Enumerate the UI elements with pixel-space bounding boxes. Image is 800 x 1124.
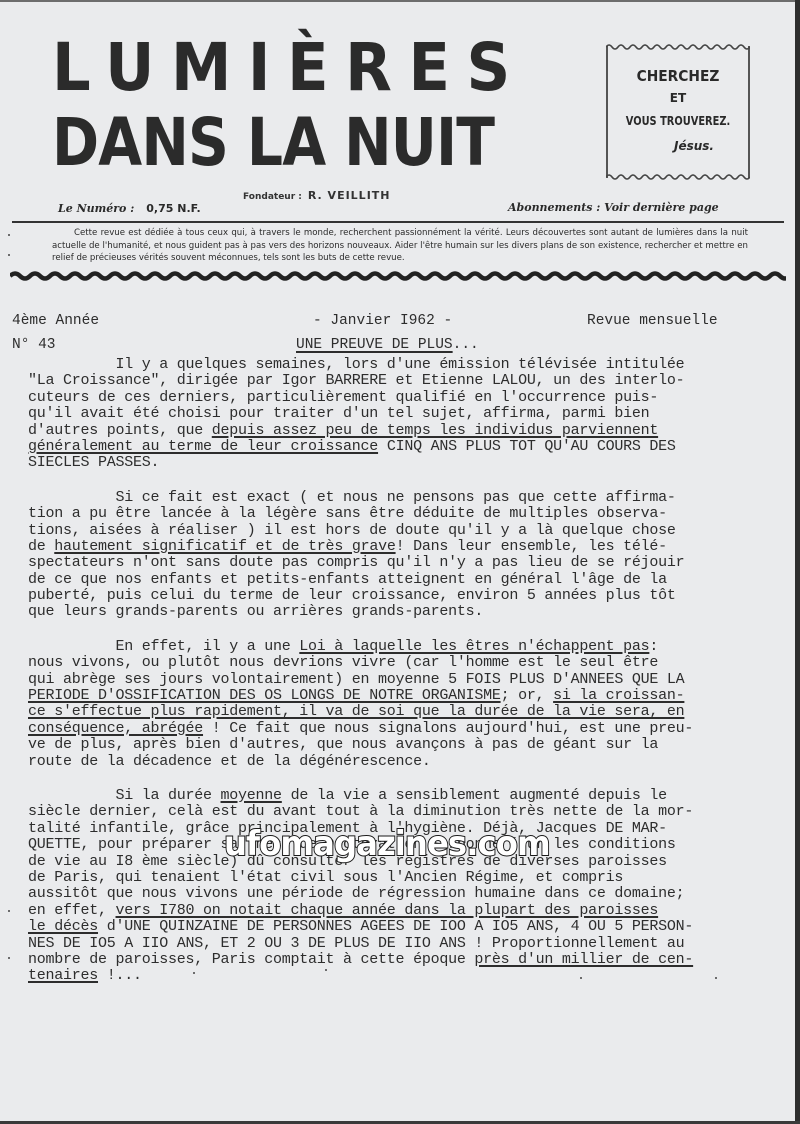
text-line: route de la décadence et de la dégénéres… (28, 754, 773, 770)
text-line: ce s'effectue plus rapidement, il va de … (28, 704, 773, 720)
founder-label: Fondateur : (243, 192, 302, 202)
text-segment: de (28, 538, 54, 555)
text-line: spectateurs n'ont sans doute pas compris… (28, 555, 773, 571)
underlined-phrase: conséquence, abrégée (28, 720, 203, 737)
text-segment: de la vie a sensiblement augmenté depuis… (282, 787, 667, 804)
text-segment: puberté, puis celui du terme de leur cro… (28, 587, 676, 604)
text-line: en effet, vers I780 on notait chaque ann… (28, 903, 773, 919)
text-line: siècle dernier, celà est du avant tout à… (28, 804, 773, 820)
article-paragraph: Il y a quelques semaines, lors d'une émi… (28, 357, 773, 472)
text-segment: de Paris, qui tenaient l'état civil sous… (28, 869, 623, 886)
text-line: Si la durée moyenne de la vie a sensible… (28, 788, 773, 804)
text-line: nous vivons, ou plutôt nous devrions viv… (28, 655, 773, 671)
text-segment: Si ce fait est exact ( et nous ne penson… (28, 489, 676, 506)
text-segment: NES DE IO5 A IIO ANS, ET 2 OU 3 DE PLUS … (28, 935, 684, 952)
text-line: "La Croissance", dirigée par Igor BARRER… (28, 373, 773, 389)
text-line: tenaires !... (28, 968, 773, 984)
text-segment: de ce que nos enfants et petits-enfants … (28, 571, 667, 588)
text-segment: !... (98, 967, 142, 984)
subscriptions-note: Abonnements : Voir dernière page (508, 201, 719, 214)
underlined-phrase: généralement au terme de leur croissance (28, 438, 378, 455)
text-line: le décès d'UNE QUINZAINE DE PERSONNES AG… (28, 919, 773, 935)
article-headline: UNE PREUVE DE PLUS... (296, 337, 479, 353)
text-segment: ! Ce fait que nous signalons aujourd'hui… (203, 720, 693, 737)
underlined-phrase: si la croissan- (553, 687, 684, 704)
quote-line-cherchez: CHERCHEZ (614, 67, 743, 85)
quote-box: CHERCHEZ ET VOUS TROUVEREZ. Jésus. (606, 46, 750, 178)
text-line: que leurs grands-parents ou arrières gra… (28, 604, 773, 620)
mission-statement: Cette revue est dédiée à tous ceux qui, … (52, 227, 748, 265)
wavy-border-icon (606, 173, 750, 181)
print-speck (8, 957, 10, 959)
wavy-border-icon (606, 43, 750, 51)
text-segment: aussitôt que nous vivons une période de … (28, 885, 684, 902)
text-segment: CINQ ANS PLUS TOT QU'AU COURS DES (378, 438, 676, 455)
text-line: En effet, il y a une Loi à laquelle les … (28, 639, 773, 655)
underlined-phrase: près d'un millier de cen- (474, 951, 693, 968)
text-segment: cuteurs de ces derniers, particulièremen… (28, 389, 658, 406)
text-segment: nous vivons, ou plutôt nous devrions viv… (28, 654, 658, 671)
article-paragraph: Si ce fait est exact ( et nous ne penson… (28, 490, 773, 621)
text-segment: tion a pu être lancée à la légère sans ê… (28, 505, 667, 522)
headline-text: UNE PREUVE DE PLUS (296, 337, 453, 353)
issue-price: Le Numéro :0,75 N.F. (58, 202, 201, 215)
masthead-rule (12, 221, 784, 223)
wavy-separator-icon (10, 270, 786, 282)
founder-name: R. VEILLITH (308, 189, 391, 202)
text-segment: tions, aisées à réaliser ) il est hors d… (28, 522, 676, 539)
text-line: nombre de paroisses, Paris comptait à ce… (28, 952, 773, 968)
issue-frequency: Revue mensuelle (587, 313, 718, 329)
text-line: tion a pu être lancée à la légère sans ê… (28, 506, 773, 522)
text-line: ve de plus, après bien d'autres, que nou… (28, 737, 773, 753)
article-paragraph: En effet, il y a une Loi à laquelle les … (28, 639, 773, 770)
masthead-title-line1: LUMIÈRES (52, 35, 527, 101)
text-segment: ; or, (501, 687, 554, 704)
text-segment: spectateurs n'ont sans doute pas compris… (28, 554, 684, 571)
print-speck (8, 910, 10, 912)
print-speck (8, 234, 10, 236)
text-line: qu'il avait été choisi pour traiter d'un… (28, 406, 773, 422)
issue-date: - Janvier I962 - (313, 313, 452, 329)
founder-credit: Fondateur :R. VEILLITH (243, 189, 391, 202)
print-speck (325, 969, 327, 971)
masthead-title-line2: DANS LA NUIT (52, 110, 494, 176)
text-line: d'autres points, que depuis assez peu de… (28, 423, 773, 439)
price-label: Le Numéro : (58, 202, 134, 215)
text-segment: Si la durée (28, 787, 221, 804)
text-segment: route de la décadence et de la dégénéres… (28, 753, 431, 770)
text-segment: En effet, il y a une (28, 638, 299, 655)
quote-attribution: Jésus. (674, 139, 714, 153)
underlined-phrase: Loi à laquelle les êtres n'échappent pas (299, 638, 649, 655)
price-value: 0,75 N.F. (146, 202, 200, 215)
issue-number: N° 43 (12, 337, 56, 353)
text-segment: : (649, 638, 658, 655)
quote-line-trouverez: VOUS TROUVEREZ. (621, 114, 736, 128)
text-line: de Paris, qui tenaient l'état civil sous… (28, 870, 773, 886)
magazine-page: LUMIÈRES DANS LA NUIT CHERCHEZ ET VOUS T… (0, 0, 796, 1124)
text-segment: qui abrège ses jours volontairement) en … (28, 671, 684, 688)
quote-line-et: ET (608, 91, 748, 105)
article-body: Il y a quelques semaines, lors d'une émi… (28, 357, 773, 1003)
text-line: généralement au terme de leur croissance… (28, 439, 773, 455)
underlined-phrase: PERIODE D'OSSIFICATION DES OS LONGS DE N… (28, 687, 501, 704)
text-line: conséquence, abrégée ! Ce fait que nous … (28, 721, 773, 737)
text-line: tions, aisées à réaliser ) il est hors d… (28, 523, 773, 539)
text-segment: d'autres points, que (28, 422, 212, 439)
text-segment: en effet, (28, 902, 116, 919)
headline-ellipsis: ... (453, 337, 479, 353)
text-segment: qu'il avait été choisi pour traiter d'un… (28, 405, 649, 422)
print-speck (193, 972, 195, 974)
text-line: PERIODE D'OSSIFICATION DES OS LONGS DE N… (28, 688, 773, 704)
text-line: SIECLES PASSES. (28, 455, 773, 471)
underlined-phrase: ce s'effectue plus rapidement, il va de … (28, 703, 684, 720)
text-line: puberté, puis celui du terme de leur cro… (28, 588, 773, 604)
text-segment: SIECLES PASSES. (28, 454, 159, 471)
underlined-phrase: moyenne (221, 787, 282, 804)
text-segment: siècle dernier, celà est du avant tout à… (28, 803, 693, 820)
text-line: aussitôt que nous vivons une période de … (28, 886, 773, 902)
text-line: Si ce fait est exact ( et nous ne penson… (28, 490, 773, 506)
text-line: NES DE IO5 A IIO ANS, ET 2 OU 3 DE PLUS … (28, 936, 773, 952)
text-line: qui abrège ses jours volontairement) en … (28, 672, 773, 688)
text-segment: ve de plus, après bien d'autres, que nou… (28, 736, 658, 753)
underlined-phrase: vers I780 on notait chaque année dans la… (116, 902, 659, 919)
text-line: Il y a quelques semaines, lors d'une émi… (28, 357, 773, 373)
print-speck (8, 254, 10, 256)
scan-edge-right (795, 0, 800, 1124)
text-segment: "La Croissance", dirigée par Igor BARRER… (28, 372, 684, 389)
text-line: cuteurs de ces derniers, particulièremen… (28, 390, 773, 406)
text-segment: Il y a quelques semaines, lors d'une émi… (28, 356, 684, 373)
print-speck (580, 977, 582, 979)
text-segment: que leurs grands-parents ou arrières gra… (28, 603, 483, 620)
underlined-phrase: tenaires (28, 967, 98, 984)
print-speck (715, 977, 717, 979)
underlined-phrase: le décès (28, 918, 98, 935)
watermark: ufomagazines.com (224, 824, 550, 864)
text-segment: nombre de paroisses, Paris comptait à ce… (28, 951, 474, 968)
underlined-phrase: hautement significatif et de très grave (54, 538, 395, 555)
article-paragraph: Si la durée moyenne de la vie a sensible… (28, 788, 773, 985)
text-segment: ! Dans leur ensemble, les télé- (396, 538, 667, 555)
text-line: de hautement significatif et de très gra… (28, 539, 773, 555)
text-segment: d'UNE QUINZAINE DE PERSONNES AGEES DE IO… (98, 918, 693, 935)
underlined-phrase: depuis assez peu de temps les individus … (212, 422, 658, 439)
text-line: de ce que nos enfants et petits-enfants … (28, 572, 773, 588)
issue-year: 4ème Année (12, 313, 99, 329)
